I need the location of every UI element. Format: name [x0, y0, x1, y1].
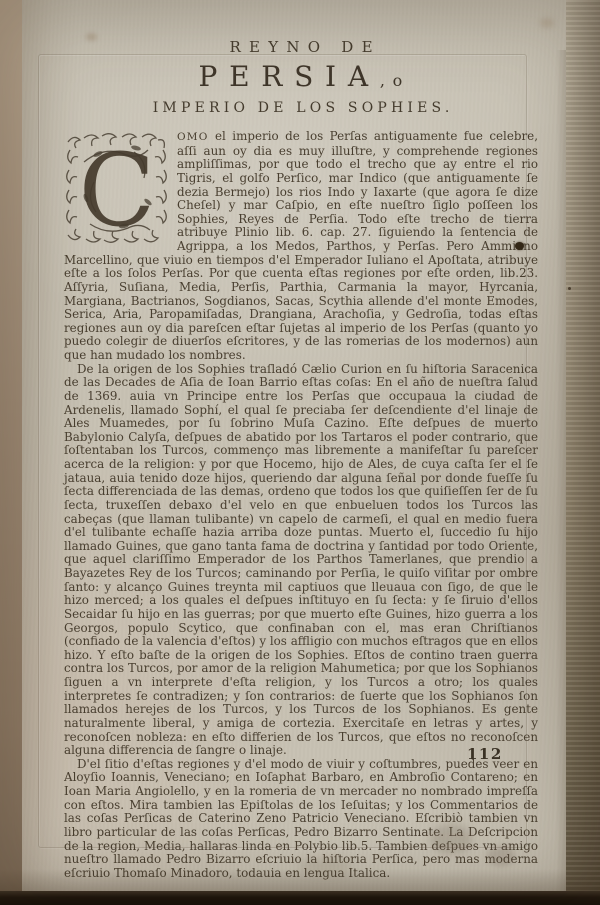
paragraph-1: C omo el imperio de los Perſas antiguame…: [64, 130, 538, 363]
book-fore-edges: [566, 0, 600, 905]
page-number: 112: [467, 745, 503, 763]
body-text: C omo el imperio de los Perſas antiguame…: [64, 130, 538, 880]
dark-table-edge: [0, 891, 600, 905]
drop-cap-woodcut: C: [64, 132, 169, 244]
page-title: PERSIA, o: [64, 60, 538, 93]
table-surface-strip: [0, 0, 24, 905]
paragraph-2: De la origen de los Sophies traſladó Cæl…: [64, 363, 538, 758]
page-subtitle: IMPERIO DE LOS SOPHIES.: [64, 100, 538, 116]
header-kicker: REYNO DE: [64, 38, 538, 56]
page-title-suffix: , o: [380, 71, 404, 90]
page-title-main: PERSIA: [198, 60, 379, 93]
book-photo: REYNO DE PERSIA, o IMPERIO DE LOS SOPHIE…: [0, 0, 600, 905]
drop-cap-woodcut-icon: C: [64, 132, 169, 244]
bottom-shadow: [0, 869, 600, 891]
printed-content: REYNO DE PERSIA, o IMPERIO DE LOS SOPHIE…: [64, 0, 538, 893]
paragraph-1-lead: omo: [177, 131, 209, 143]
drop-cap-letter: C: [79, 132, 156, 244]
paragraph-3: D'el ſitio d'eſtas regiones y d'el modo …: [64, 758, 538, 881]
